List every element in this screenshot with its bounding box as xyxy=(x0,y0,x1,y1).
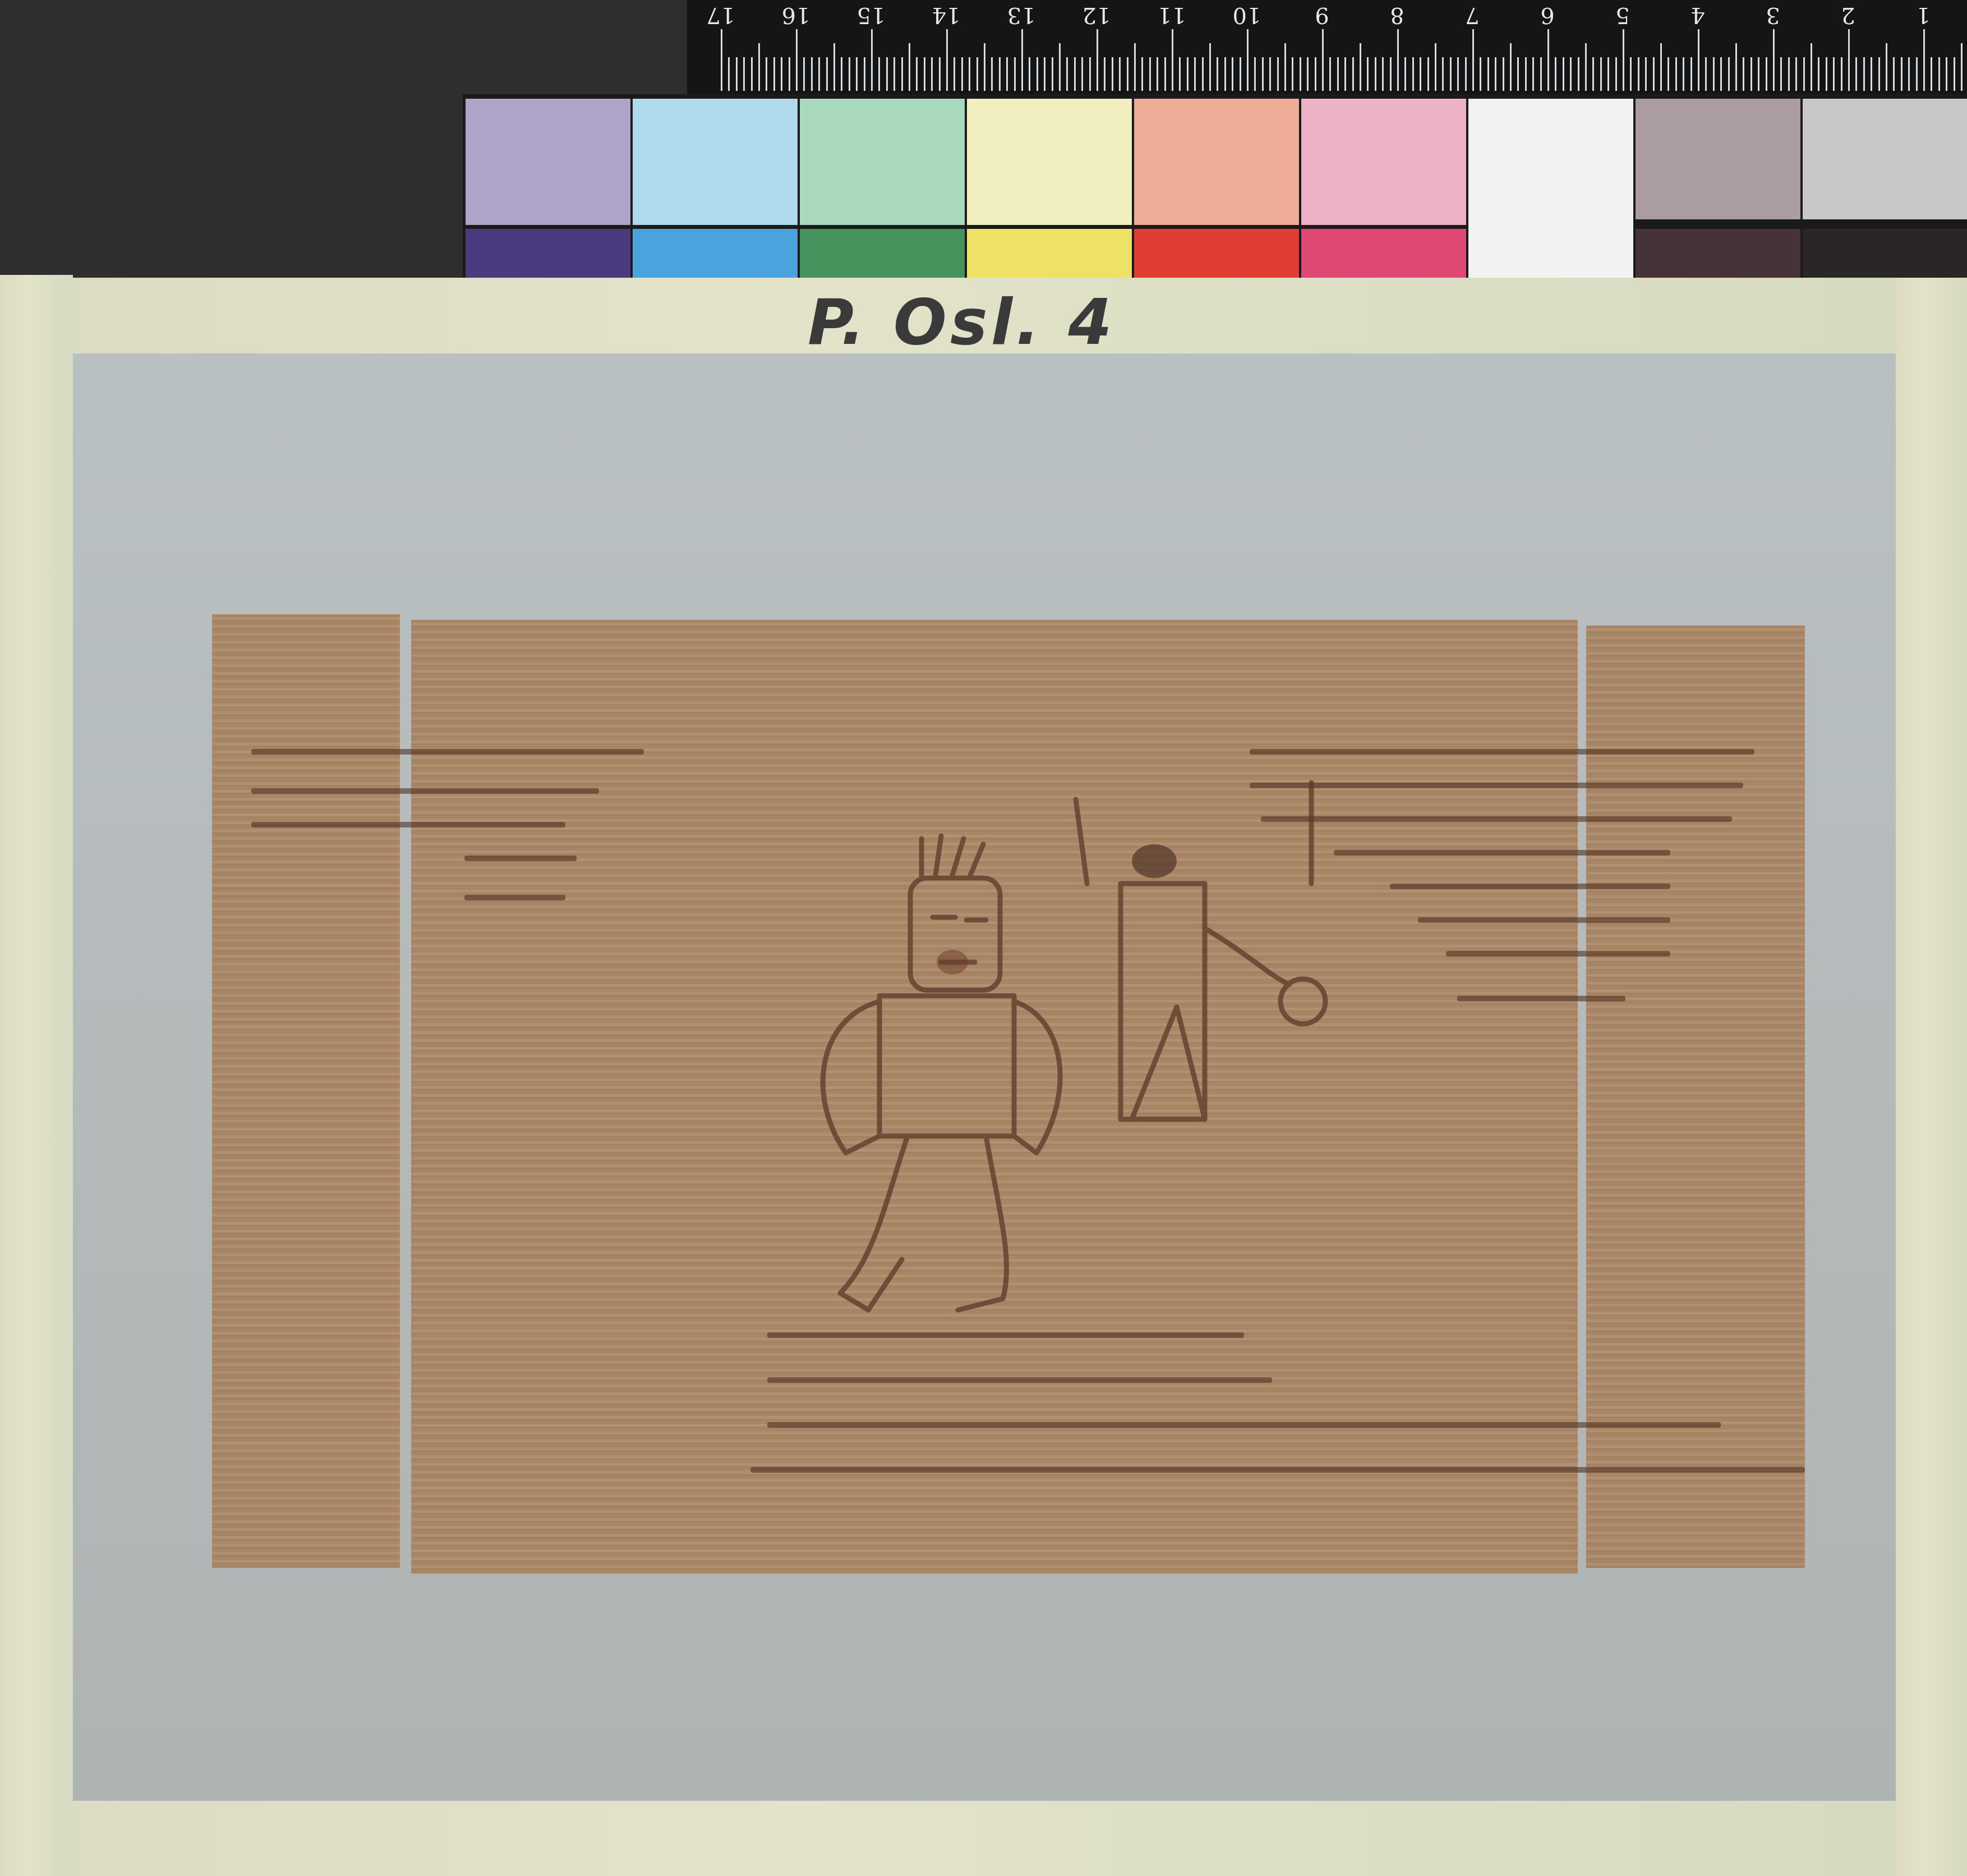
ruler-tick xyxy=(1172,29,1173,91)
ruler-number: 3 xyxy=(1756,2,1790,28)
ruler-tick xyxy=(1653,57,1655,91)
ruler-number: 11 xyxy=(1155,2,1189,28)
ruler-tick xyxy=(1713,57,1715,91)
swatch-black xyxy=(1803,229,1967,281)
ruler-tick xyxy=(1375,57,1376,91)
ruler-tick xyxy=(1284,43,1286,91)
tape-left xyxy=(0,275,73,1876)
ruler-tick xyxy=(1841,57,1842,91)
ruler-tick xyxy=(969,57,970,91)
swatch-blue xyxy=(633,229,798,281)
ruler-number: 17 xyxy=(704,2,738,28)
ruler-tick xyxy=(1352,57,1354,91)
ruler-tick xyxy=(1089,57,1091,91)
swatch-violet xyxy=(466,229,630,281)
specimen-label: P. Osl. 4 xyxy=(808,286,1115,359)
ruler-tick xyxy=(1510,43,1512,91)
ruler-number: 2 xyxy=(1831,2,1865,28)
ruler-tick xyxy=(871,29,873,91)
ruler-tick xyxy=(1450,57,1452,91)
ruler-tick xyxy=(803,57,805,91)
ruler-tick xyxy=(931,57,933,91)
ruler-tick xyxy=(953,57,955,91)
ruler-tick xyxy=(1833,57,1835,91)
swatch-pale-green xyxy=(800,99,965,225)
ruler-tick xyxy=(849,57,850,91)
ruler-tick xyxy=(1006,57,1008,91)
ruler-tick xyxy=(1442,57,1444,91)
ruler-tick xyxy=(1127,57,1128,91)
ruler-tick xyxy=(1938,57,1940,91)
ruler-tick xyxy=(1623,29,1624,91)
ruler-tick xyxy=(1029,57,1030,91)
swatch-light-gray xyxy=(1803,99,1967,219)
ruler-tick xyxy=(1607,57,1609,91)
ruler-tick xyxy=(1487,57,1489,91)
ruler-tick xyxy=(833,43,835,91)
ruler-tick xyxy=(1187,57,1189,91)
ruler-tick xyxy=(1803,57,1805,91)
ruler-tick xyxy=(1262,57,1264,91)
ruler-tick xyxy=(1886,43,1887,91)
ruler-tick xyxy=(736,57,738,91)
ruler-tick xyxy=(1329,57,1331,91)
ruler-tick xyxy=(1390,57,1392,91)
ruler-tick xyxy=(1570,57,1572,91)
ruler-tick xyxy=(1300,57,1301,91)
ruler-tick xyxy=(984,43,985,91)
ruler-tick xyxy=(1585,43,1587,91)
ruler-tick xyxy=(1916,57,1918,91)
papyrus-fragment xyxy=(212,614,1805,1579)
ruler-tick xyxy=(1495,57,1496,91)
ruler-tick xyxy=(886,57,888,91)
ruler-number: 12 xyxy=(1080,2,1113,28)
ruler-tick xyxy=(1480,57,1481,91)
swatch-pale-violet xyxy=(466,99,630,225)
ruler-number: 1 xyxy=(1906,2,1940,28)
ruler-number: 14 xyxy=(929,2,963,28)
ruler-tick xyxy=(909,43,910,91)
ruler-tick xyxy=(1202,57,1204,91)
ruler-tick xyxy=(1795,57,1797,91)
swatch-magenta xyxy=(1301,229,1466,281)
ruler-tick xyxy=(818,57,820,91)
ruler-tick xyxy=(1705,57,1707,91)
ruler-number: 4 xyxy=(1681,2,1715,28)
ruler-tick xyxy=(773,57,775,91)
ruler-tick xyxy=(1021,29,1023,91)
ruler-tick xyxy=(1645,57,1647,91)
ruler-tick xyxy=(766,57,767,91)
ruler-tick xyxy=(1382,57,1384,91)
ruler-tick xyxy=(1630,57,1632,91)
ruler-tick xyxy=(1367,57,1369,91)
ruler-tick xyxy=(1517,57,1519,91)
ruler-tick xyxy=(1420,57,1421,91)
ruler-tick xyxy=(1134,43,1136,91)
ruler-tick xyxy=(1404,57,1406,91)
ruler-tick xyxy=(1059,43,1061,91)
ruler-number: 13 xyxy=(1005,2,1038,28)
ruler-tick xyxy=(826,57,828,91)
ruler-tick xyxy=(1826,57,1827,91)
ruler-tick xyxy=(1081,57,1083,91)
ruler-tick xyxy=(1209,43,1211,91)
ruler-tick xyxy=(758,43,760,91)
swatch-yellow xyxy=(967,229,1132,281)
ruler-tick xyxy=(1397,29,1399,91)
ruler-tick xyxy=(1344,57,1346,91)
ruler-tick xyxy=(1119,57,1121,91)
ruler-tick xyxy=(1773,29,1775,91)
ruler-tick xyxy=(1217,57,1218,91)
ruler-tick xyxy=(1074,57,1076,91)
ruler-number: 5 xyxy=(1606,2,1639,28)
ruler-tick xyxy=(1901,57,1902,91)
ruler-number: 6 xyxy=(1531,2,1564,28)
ruler-tick xyxy=(1578,57,1579,91)
ruler-tick xyxy=(1961,43,1963,91)
ruler-tick xyxy=(1720,57,1722,91)
ruler-tick xyxy=(1728,57,1730,91)
ruler-tick xyxy=(1848,29,1850,91)
ruler-tick xyxy=(1683,57,1684,91)
ruler-tick xyxy=(1141,57,1143,91)
ruler-tick xyxy=(1855,57,1857,91)
ruler-tick xyxy=(976,57,978,91)
ink-drawings xyxy=(212,614,1805,1579)
ruler-tick xyxy=(1472,29,1474,91)
ruler-tick xyxy=(1540,57,1542,91)
ruler-tick xyxy=(1811,43,1812,91)
ruler-tick xyxy=(1503,57,1504,91)
ruler-tick xyxy=(864,57,865,91)
ruler-tick xyxy=(878,57,880,91)
ruler-tick xyxy=(743,57,745,91)
ruler-tick xyxy=(1277,57,1279,91)
ruler-tick xyxy=(1690,57,1692,91)
ruler-tick xyxy=(1954,57,1955,91)
ruler-tick xyxy=(1592,57,1594,91)
ruler-number: 10 xyxy=(1230,2,1264,28)
tape-bottom xyxy=(73,1801,1896,1876)
ruler-tick xyxy=(901,57,903,91)
ruler-tick xyxy=(856,57,858,91)
ruler-number: 9 xyxy=(1305,2,1339,28)
ruler-tick xyxy=(1743,57,1744,91)
ruler-tick xyxy=(1066,57,1068,91)
ruler-tick xyxy=(1157,57,1158,91)
ruler-number: 15 xyxy=(854,2,888,28)
ruler-tick xyxy=(939,57,941,91)
ruler-tick xyxy=(1923,29,1925,91)
ruler-tick xyxy=(1307,57,1309,91)
ruler-tick xyxy=(1638,57,1639,91)
ruler-tick xyxy=(1780,57,1782,91)
ruler-tick xyxy=(1112,57,1113,91)
ruler-tick xyxy=(789,57,790,91)
ruler-tick xyxy=(1292,57,1293,91)
ruler-tick xyxy=(1698,29,1699,91)
ruler-tick xyxy=(961,57,963,91)
ruler-tick xyxy=(1337,57,1339,91)
ruler-tick xyxy=(1878,57,1880,91)
ruler-tick xyxy=(1322,29,1324,91)
ruler-tick xyxy=(999,57,1001,91)
ruler-tick xyxy=(1412,57,1414,91)
swatch-pale-yellow xyxy=(967,99,1132,225)
ruler-tick xyxy=(1600,57,1602,91)
ruler-tick xyxy=(1660,43,1662,91)
ruler-tick xyxy=(1052,57,1053,91)
ruler-tick xyxy=(1224,57,1226,91)
ruler-tick xyxy=(893,57,895,91)
ruler-tick xyxy=(1457,57,1459,91)
ruler-tick xyxy=(1104,57,1105,91)
ruler-tick xyxy=(841,57,842,91)
ruler-number: 8 xyxy=(1380,2,1414,28)
ruler-tick xyxy=(1232,57,1233,91)
ruler: 1716151413121110987654321CM xyxy=(687,0,1967,94)
ruler-tick xyxy=(924,57,925,91)
ruler-tick xyxy=(1044,57,1045,91)
ruler-tick xyxy=(1563,57,1564,91)
swatch-red xyxy=(1134,229,1299,281)
ruler-tick xyxy=(1269,57,1271,91)
ruler-tick xyxy=(1908,57,1910,91)
ruler-tick xyxy=(1547,29,1549,91)
ruler-number: 7 xyxy=(1455,2,1489,28)
ruler-tick xyxy=(1532,57,1534,91)
ruler-tick xyxy=(1615,57,1617,91)
ruler-tick xyxy=(1254,57,1256,91)
ruler-tick xyxy=(781,57,782,91)
ruler-tick xyxy=(1788,57,1790,91)
ruler-tick xyxy=(1240,57,1241,91)
ruler-tick xyxy=(1427,57,1429,91)
ruler-tick xyxy=(1751,57,1752,91)
ruler-tick xyxy=(728,57,730,91)
ruler-tick xyxy=(1465,57,1467,91)
ruler-tick xyxy=(751,57,753,91)
ruler-tick xyxy=(721,29,722,91)
ruler-number: 16 xyxy=(779,2,813,28)
ruler-tick xyxy=(1871,57,1872,91)
ruler-tick xyxy=(1360,43,1361,91)
ruler-tick xyxy=(811,57,813,91)
ruler-tick xyxy=(946,29,948,91)
swatch-pink xyxy=(1301,99,1466,225)
ruler-tick xyxy=(1525,57,1527,91)
ruler-tick xyxy=(1037,57,1038,91)
ruler-tick xyxy=(1194,57,1196,91)
swatch-green xyxy=(800,229,965,281)
ruler-tick xyxy=(991,57,993,91)
ruler-tick xyxy=(1435,43,1436,91)
swatch-pale-blue xyxy=(633,99,798,225)
ruler-tick xyxy=(1863,57,1865,91)
ruler-tick xyxy=(1555,57,1556,91)
ruler-tick xyxy=(1315,57,1316,91)
ruler-tick xyxy=(1946,57,1947,91)
ruler-tick xyxy=(1931,57,1932,91)
ruler-tick xyxy=(916,57,918,91)
ruler-tick xyxy=(1247,29,1249,91)
ruler-tick xyxy=(1766,57,1767,91)
ruler-tick xyxy=(1758,57,1759,91)
swatch-taupe xyxy=(1636,99,1800,219)
ruler-tick xyxy=(1735,43,1737,91)
ruler-tick xyxy=(1893,57,1895,91)
color-calibration-chart xyxy=(463,94,1967,281)
ruler-tick xyxy=(1675,57,1677,91)
ruler-tick xyxy=(1149,57,1151,91)
swatch-dark-brown xyxy=(1636,229,1800,281)
ruler-tick xyxy=(796,29,798,91)
tape-right xyxy=(1896,278,1967,1876)
ruler-tick xyxy=(1097,29,1098,91)
swatch-white xyxy=(1468,99,1633,281)
ruler-tick xyxy=(1164,57,1166,91)
ruler-tick xyxy=(1667,57,1669,91)
ruler-tick xyxy=(1014,57,1016,91)
ruler-tick xyxy=(1179,57,1181,91)
ruler-tick xyxy=(1818,57,1819,91)
swatch-salmon xyxy=(1134,99,1299,225)
